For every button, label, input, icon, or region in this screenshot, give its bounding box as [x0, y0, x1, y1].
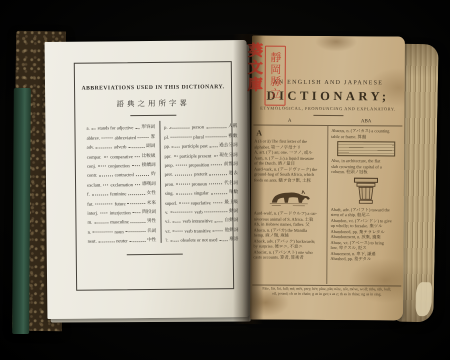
- leader-dots: [99, 175, 112, 176]
- leader-dots: [211, 165, 222, 166]
- leader-dots: [128, 147, 144, 148]
- leader-dots: [176, 193, 192, 194]
- abbr-word: exclamation: [110, 182, 133, 187]
- abbr-short: prep.: [165, 163, 174, 168]
- leader-dots: [173, 221, 181, 222]
- abbr-short: compar.: [87, 154, 102, 159]
- abbr-word: plural: [193, 134, 204, 139]
- leader-dots: [205, 212, 227, 213]
- abbr-japanese: 未來: [147, 199, 156, 205]
- leader-dots: [211, 193, 227, 194]
- abbr-word: neuter: [116, 238, 128, 243]
- library-seal-aoi-bunko: 葵文庫: [247, 42, 263, 93]
- running-head-right: ABA: [328, 118, 405, 126]
- leader-dots: [210, 146, 218, 147]
- abbr-row: compar.comparative比較級: [87, 149, 156, 159]
- abbr-short: f.: [87, 192, 90, 197]
- leader-dots: [130, 241, 145, 242]
- abbr-short: m.: [87, 220, 92, 225]
- abbr-word: obsolete or not used: [180, 237, 217, 242]
- leader-dots: [176, 184, 189, 185]
- leader-dots: [100, 213, 108, 214]
- dictionary-column-right: Abacus, n. (アバカス) a counting table or fr…: [326, 126, 404, 285]
- abbr-short: conj.: [87, 163, 96, 168]
- abbr-japanese: 最上級: [224, 199, 238, 205]
- abbr-japanese: 前置詞: [224, 161, 238, 167]
- abbr-japanese: 人稱: [228, 123, 237, 129]
- abbr-japanese: 間投詞: [142, 209, 156, 215]
- leader-dots: [179, 203, 188, 204]
- leader-dots: [213, 230, 223, 231]
- leader-dots: [215, 221, 223, 222]
- leader-dots: [98, 166, 106, 167]
- leader-dots: [213, 202, 222, 203]
- abbr-japanese: 動詞: [229, 208, 238, 214]
- abbr-short: pron.: [165, 181, 175, 186]
- leader-dots: [173, 156, 177, 157]
- abbr-japanese: 他動詞: [225, 227, 239, 233]
- dictionary-columns: A A (ā or ă) The first letter of the alp…: [250, 125, 404, 284]
- entry-line: column. 柱頭ノ冠板: [331, 169, 401, 175]
- abbr-short: abbrev.: [87, 135, 100, 140]
- column-capital-illustration: [353, 176, 379, 206]
- abbr-short: a.: [86, 126, 89, 131]
- leader-dots: [128, 194, 144, 195]
- running-heads: A ABA: [251, 117, 404, 125]
- abbr-row: v.i.verb intransitive自動詞: [165, 214, 238, 224]
- abbr-japanese: 單數: [229, 189, 238, 195]
- library-seal-shizuoka: 靜岡縣立: [265, 46, 286, 106]
- abbr-short: fut.: [87, 201, 93, 206]
- abbr-short: pp.: [164, 144, 170, 149]
- abbr-word: conjunction: [108, 163, 130, 168]
- abbr-row: superl.superlative最上級: [165, 195, 238, 205]
- leader-dots: [133, 212, 141, 213]
- leader-dots: [92, 128, 96, 129]
- abbr-japanese: 約: [151, 171, 156, 177]
- abbr-word: person: [192, 125, 204, 130]
- abbr-short: v.i.: [165, 219, 171, 224]
- leader-dots: [206, 127, 226, 128]
- abbr-short: pl.: [164, 135, 169, 140]
- leader-dots: [209, 174, 226, 175]
- abacus-frame-illustration: [337, 141, 395, 156]
- leader-dots: [103, 185, 108, 186]
- abbr-row: ppr.participle present現在分詞: [164, 148, 237, 158]
- abbr-japanese: 形容詞: [141, 124, 155, 130]
- right-page: 葵文庫 靜岡縣立 AN ENGLISH AND JAPANESE DICTION…: [250, 35, 405, 320]
- pronunciation-key-line2: oil, pound; ch as in chain; g as in get;…: [250, 291, 403, 297]
- leader-dots: [94, 222, 108, 223]
- leader-dots: [128, 203, 145, 204]
- abbr-word: masculine: [110, 219, 129, 224]
- abbr-row: a.stands for adjective形容詞: [86, 121, 155, 131]
- abbr-word: interjection: [110, 210, 131, 215]
- leader-dots: [103, 156, 108, 157]
- leader-dots: [209, 183, 222, 184]
- abbr-word: noun: [114, 229, 123, 234]
- leader-dots: [132, 166, 140, 167]
- abbr-word: participle past: [182, 144, 208, 149]
- abbr-japanese: 畧: [151, 134, 156, 140]
- abbr-word: superlative: [191, 200, 211, 205]
- leader-dots: [176, 165, 187, 166]
- leader-dots: [96, 147, 112, 148]
- abbr-row: pron.pronoun代名詞: [165, 176, 238, 186]
- green-spine-cloth: [12, 88, 31, 334]
- leader-dots: [213, 155, 217, 156]
- abbreviations-title: ABBREVIATIONS USED IN THIS DICTIONARY.: [75, 84, 231, 93]
- abbr-word: stands for adjective: [98, 126, 134, 131]
- abbr-japanese: 廢語: [229, 236, 238, 242]
- leader-dots: [206, 136, 226, 137]
- abbr-short: interj.: [87, 210, 98, 215]
- abbr-row: prep.preposition前置詞: [164, 158, 237, 168]
- abbr-row: neut.neuter中性: [88, 234, 157, 244]
- abbr-japanese: 名詞: [147, 228, 156, 234]
- leader-dots: [96, 203, 113, 204]
- abbr-word: participle present: [179, 153, 211, 158]
- leader-dots: [170, 127, 190, 128]
- leader-dots: [173, 231, 183, 232]
- abbreviations-border-box: ABBREVIATIONS USED IN THIS DICTIONARY. 語…: [74, 61, 234, 291]
- abbr-short: p.: [164, 125, 168, 130]
- abbr-word: verb intransitive: [183, 219, 213, 224]
- abbr-row: ?.obsolete or not used廢語: [165, 233, 238, 243]
- abbr-word: adverb: [114, 144, 127, 149]
- abbr-short: pret.: [165, 172, 173, 177]
- leader-dots: [175, 174, 192, 175]
- abbr-short: sing.: [165, 191, 174, 196]
- abbr-japanese: 接續詞: [142, 162, 156, 168]
- abbr-japanese: 過去分詞: [219, 142, 237, 148]
- leader-dots: [219, 240, 227, 241]
- abbr-word: feminine: [110, 191, 126, 196]
- abbr-short: contr.: [87, 173, 97, 178]
- abbr-row: pp.participle past過去分詞: [164, 139, 237, 149]
- abbr-short: v.: [165, 210, 168, 215]
- leader-dots: [136, 175, 149, 176]
- abbr-word: pronoun: [192, 181, 207, 186]
- leader-dots: [99, 241, 114, 242]
- leader-dots: [135, 184, 140, 185]
- abbr-short: v.t.: [165, 228, 171, 233]
- abbreviations-table: a.stands for adjective形容詞 abbrev.abbrevi…: [82, 120, 225, 244]
- abbr-word: singular: [194, 190, 209, 195]
- section-letter: A: [256, 129, 324, 138]
- leader-dots: [172, 146, 180, 147]
- aardvark-illustration: [267, 184, 311, 210]
- abbr-japanese: 過去: [229, 170, 238, 176]
- leader-dots: [138, 137, 149, 138]
- abbr-japanese: 自動詞: [225, 217, 239, 223]
- leader-dots: [126, 231, 145, 232]
- abbr-row: interj.interjection間投詞: [87, 205, 156, 215]
- entry-line: Abashed, pp. 羞ヂタル: [330, 256, 400, 262]
- abbr-short: ppr.: [164, 153, 171, 158]
- abbr-short: neut.: [88, 239, 97, 244]
- abbr-word: preposition: [189, 162, 210, 167]
- abbr-row: exclam.exclamation感嘆詞: [87, 177, 156, 187]
- leader-dots: [171, 137, 191, 138]
- abbr-row: v.t.verb transitive他動詞: [165, 223, 238, 233]
- title-rule: [313, 115, 343, 116]
- book-photograph: ABBREVIATIONS USED IN THIS DICTIONARY. 語…: [0, 0, 450, 360]
- abbr-japanese: 感嘆詞: [142, 181, 156, 187]
- abbr-short: ?.: [165, 238, 168, 243]
- entry-line: table or frame. 算盤: [331, 134, 401, 140]
- abbr-japanese: 中性: [147, 237, 156, 243]
- divider-rule: [130, 115, 176, 116]
- abbr-word: future: [115, 201, 126, 206]
- leader-dots: [131, 222, 145, 223]
- leader-dots: [135, 156, 140, 157]
- abbr-japanese: 男性: [147, 218, 156, 224]
- abbr-japanese: 代名詞: [224, 180, 238, 186]
- abbr-short: superl.: [165, 200, 177, 205]
- abbr-word: preterit: [194, 172, 207, 177]
- abbr-short: n.: [88, 229, 92, 234]
- abbreviations-title-japanese: 語典之用所字畧: [75, 98, 231, 109]
- abbr-word: verb: [195, 209, 203, 214]
- left-page: ABBREVIATIONS USED IN THIS DICTIONARY. 語…: [45, 40, 250, 319]
- torn-page-corner: [415, 282, 432, 316]
- abbr-column-right: p.person人稱 pl.plural複數 pp.participle pas…: [159, 120, 242, 243]
- abbr-word: contracted: [115, 172, 134, 177]
- abbr-japanese: 女性: [147, 190, 156, 196]
- leader-dots: [102, 138, 113, 139]
- abbr-word: abbreviated: [115, 135, 136, 140]
- abbr-japanese: 複數: [228, 133, 237, 139]
- dictionary-subtitle: ETYMOLOGICAL, PRONOUNCING AND EXPLANATOR…: [251, 105, 404, 111]
- abbr-japanese: 比較級: [142, 152, 156, 158]
- end-rule: [127, 254, 183, 256]
- abbr-japanese: 副詞: [146, 143, 155, 149]
- abbr-row: conj.conjunction接續詞: [87, 158, 156, 168]
- abbr-word: verb transitive: [184, 228, 210, 233]
- leader-dots: [92, 194, 108, 195]
- abbr-japanese: 現在分詞: [219, 152, 237, 158]
- abbr-word: comparative: [110, 154, 133, 159]
- leader-dots: [135, 128, 139, 129]
- abbr-short: exclam.: [87, 182, 101, 187]
- leader-dots: [93, 232, 112, 233]
- abbr-short: adv.: [87, 145, 95, 150]
- leader-dots: [170, 212, 192, 213]
- leader-dots: [171, 240, 179, 241]
- abbr-column-left: a.stands for adjective形容詞 abbrev.abbrevi…: [82, 121, 160, 244]
